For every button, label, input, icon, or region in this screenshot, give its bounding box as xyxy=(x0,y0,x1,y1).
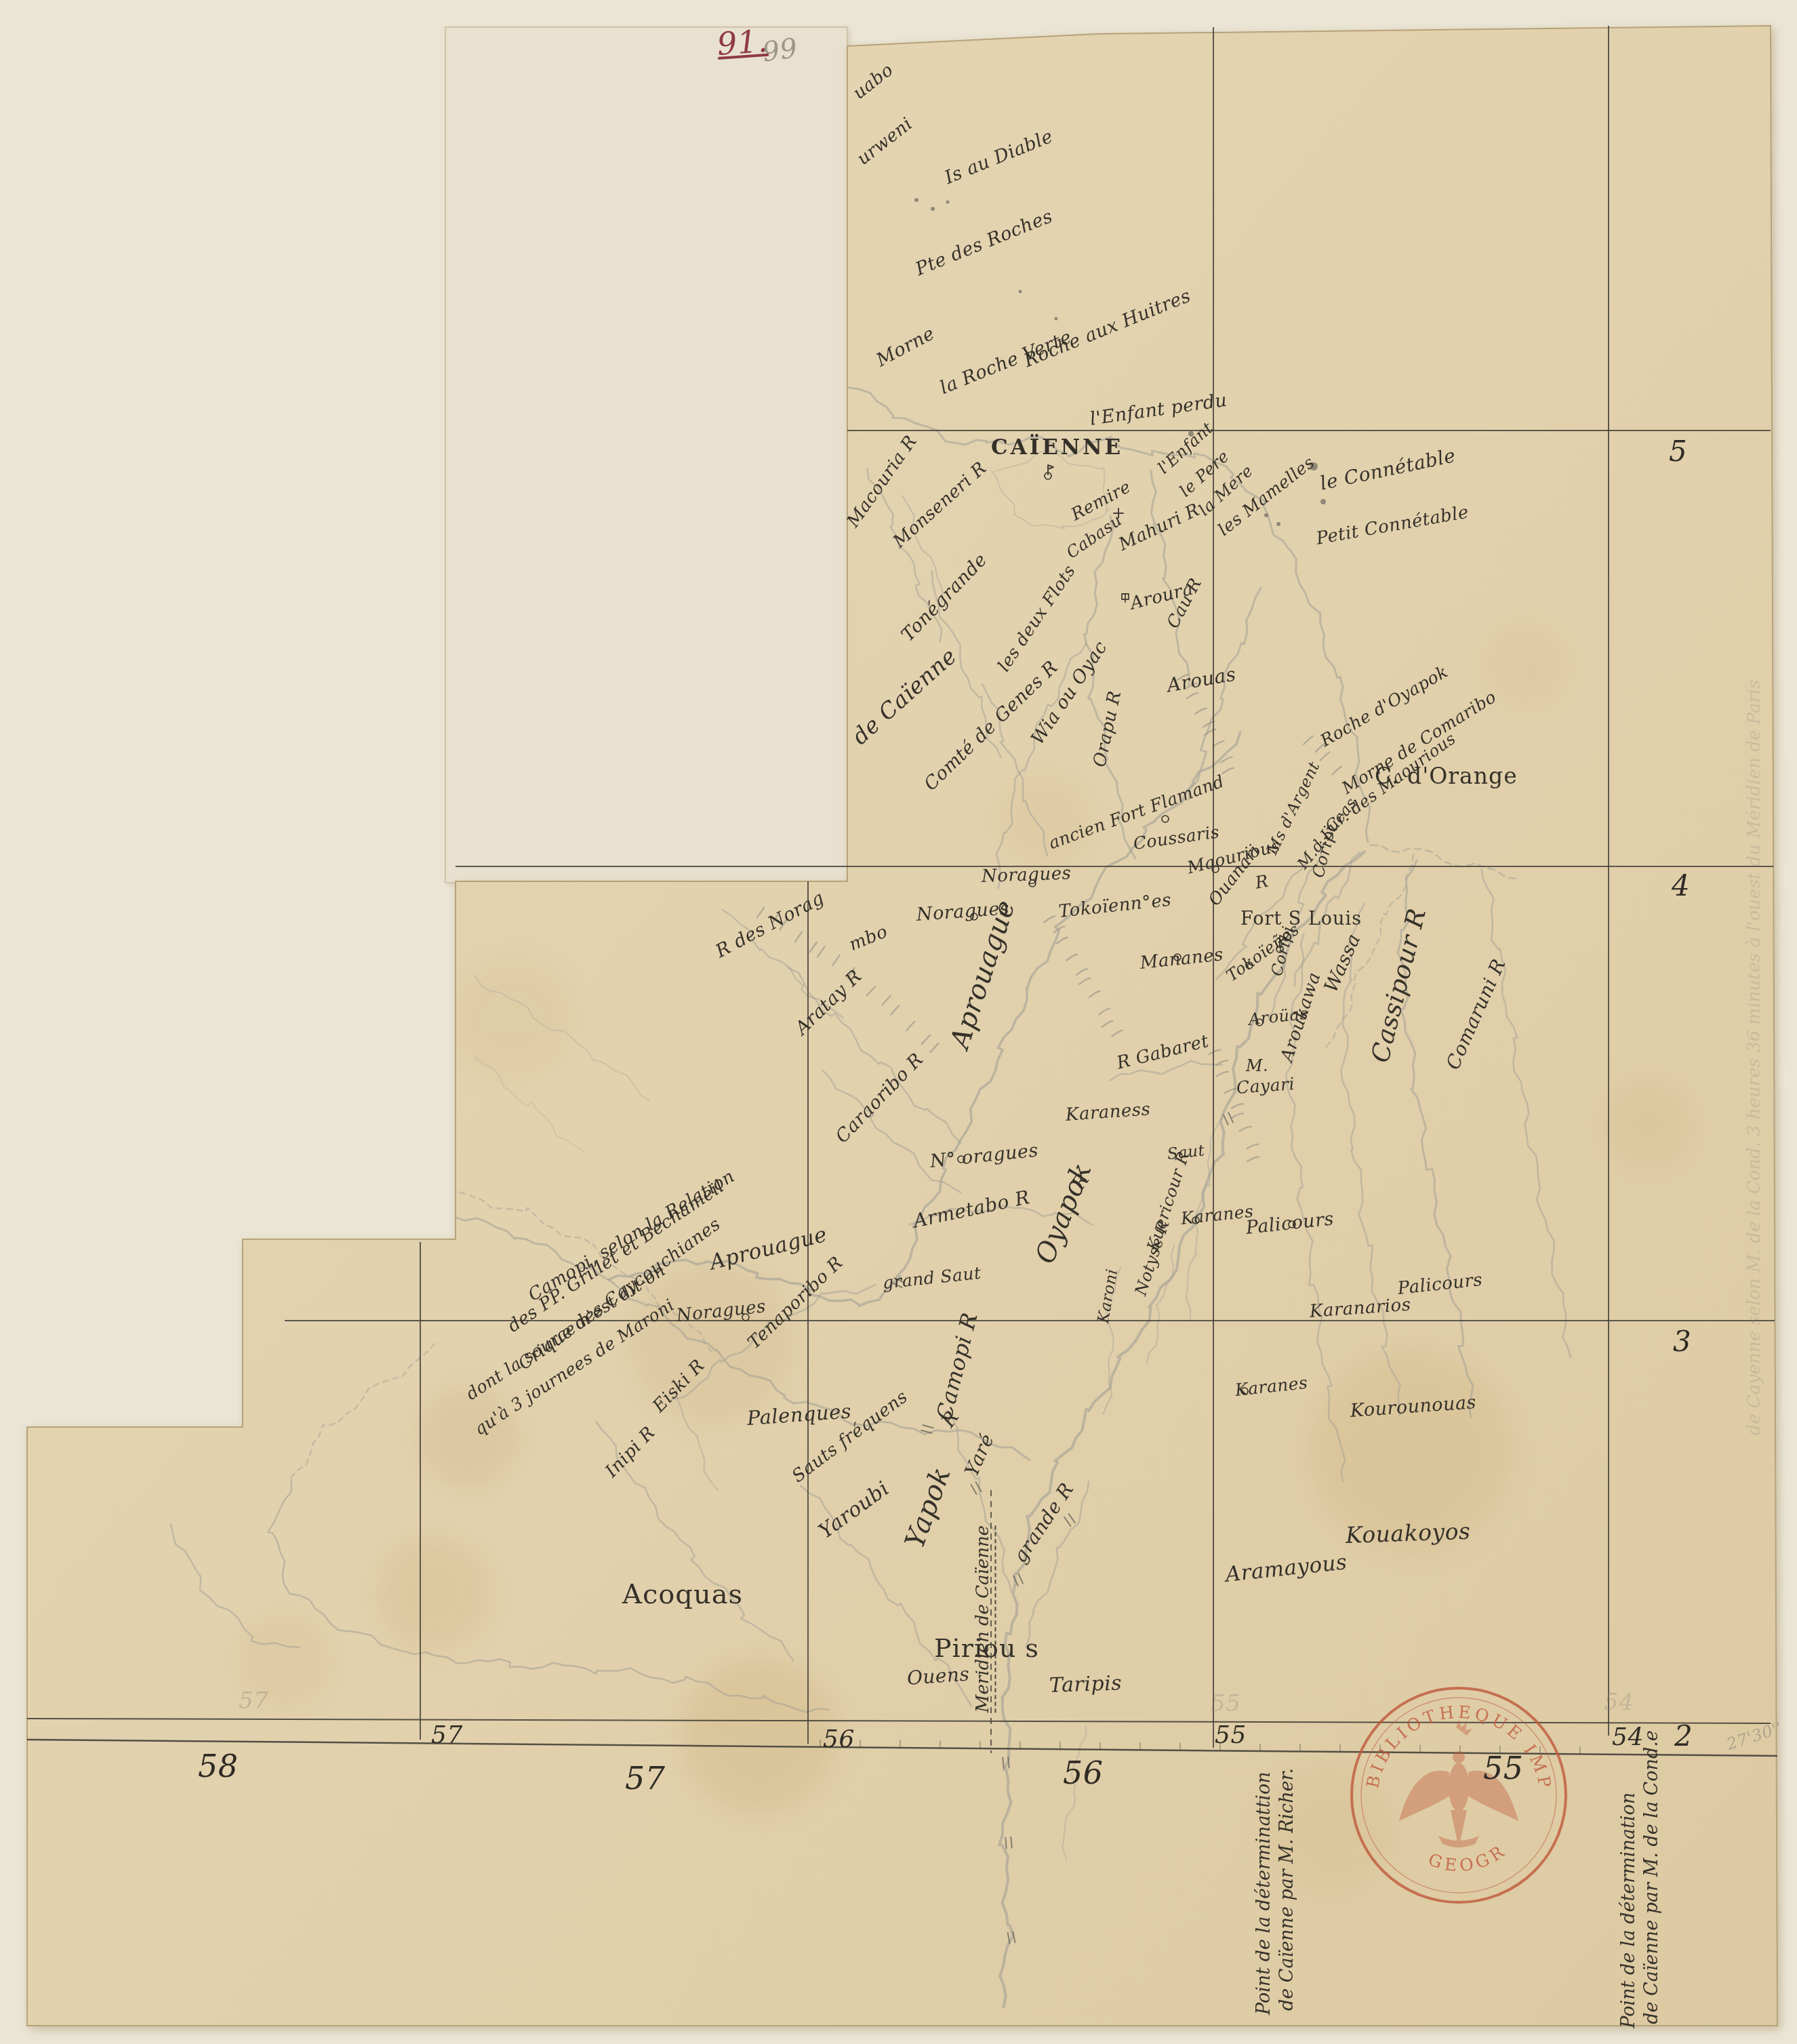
map-graphics: BIBLIOTHEQUE IMPERIALE GEOGR xyxy=(0,0,1797,2044)
sheet-piece-pale xyxy=(445,27,847,883)
map-page: BIBLIOTHEQUE IMPERIALE GEOGR uabourweniI… xyxy=(0,0,1797,2044)
